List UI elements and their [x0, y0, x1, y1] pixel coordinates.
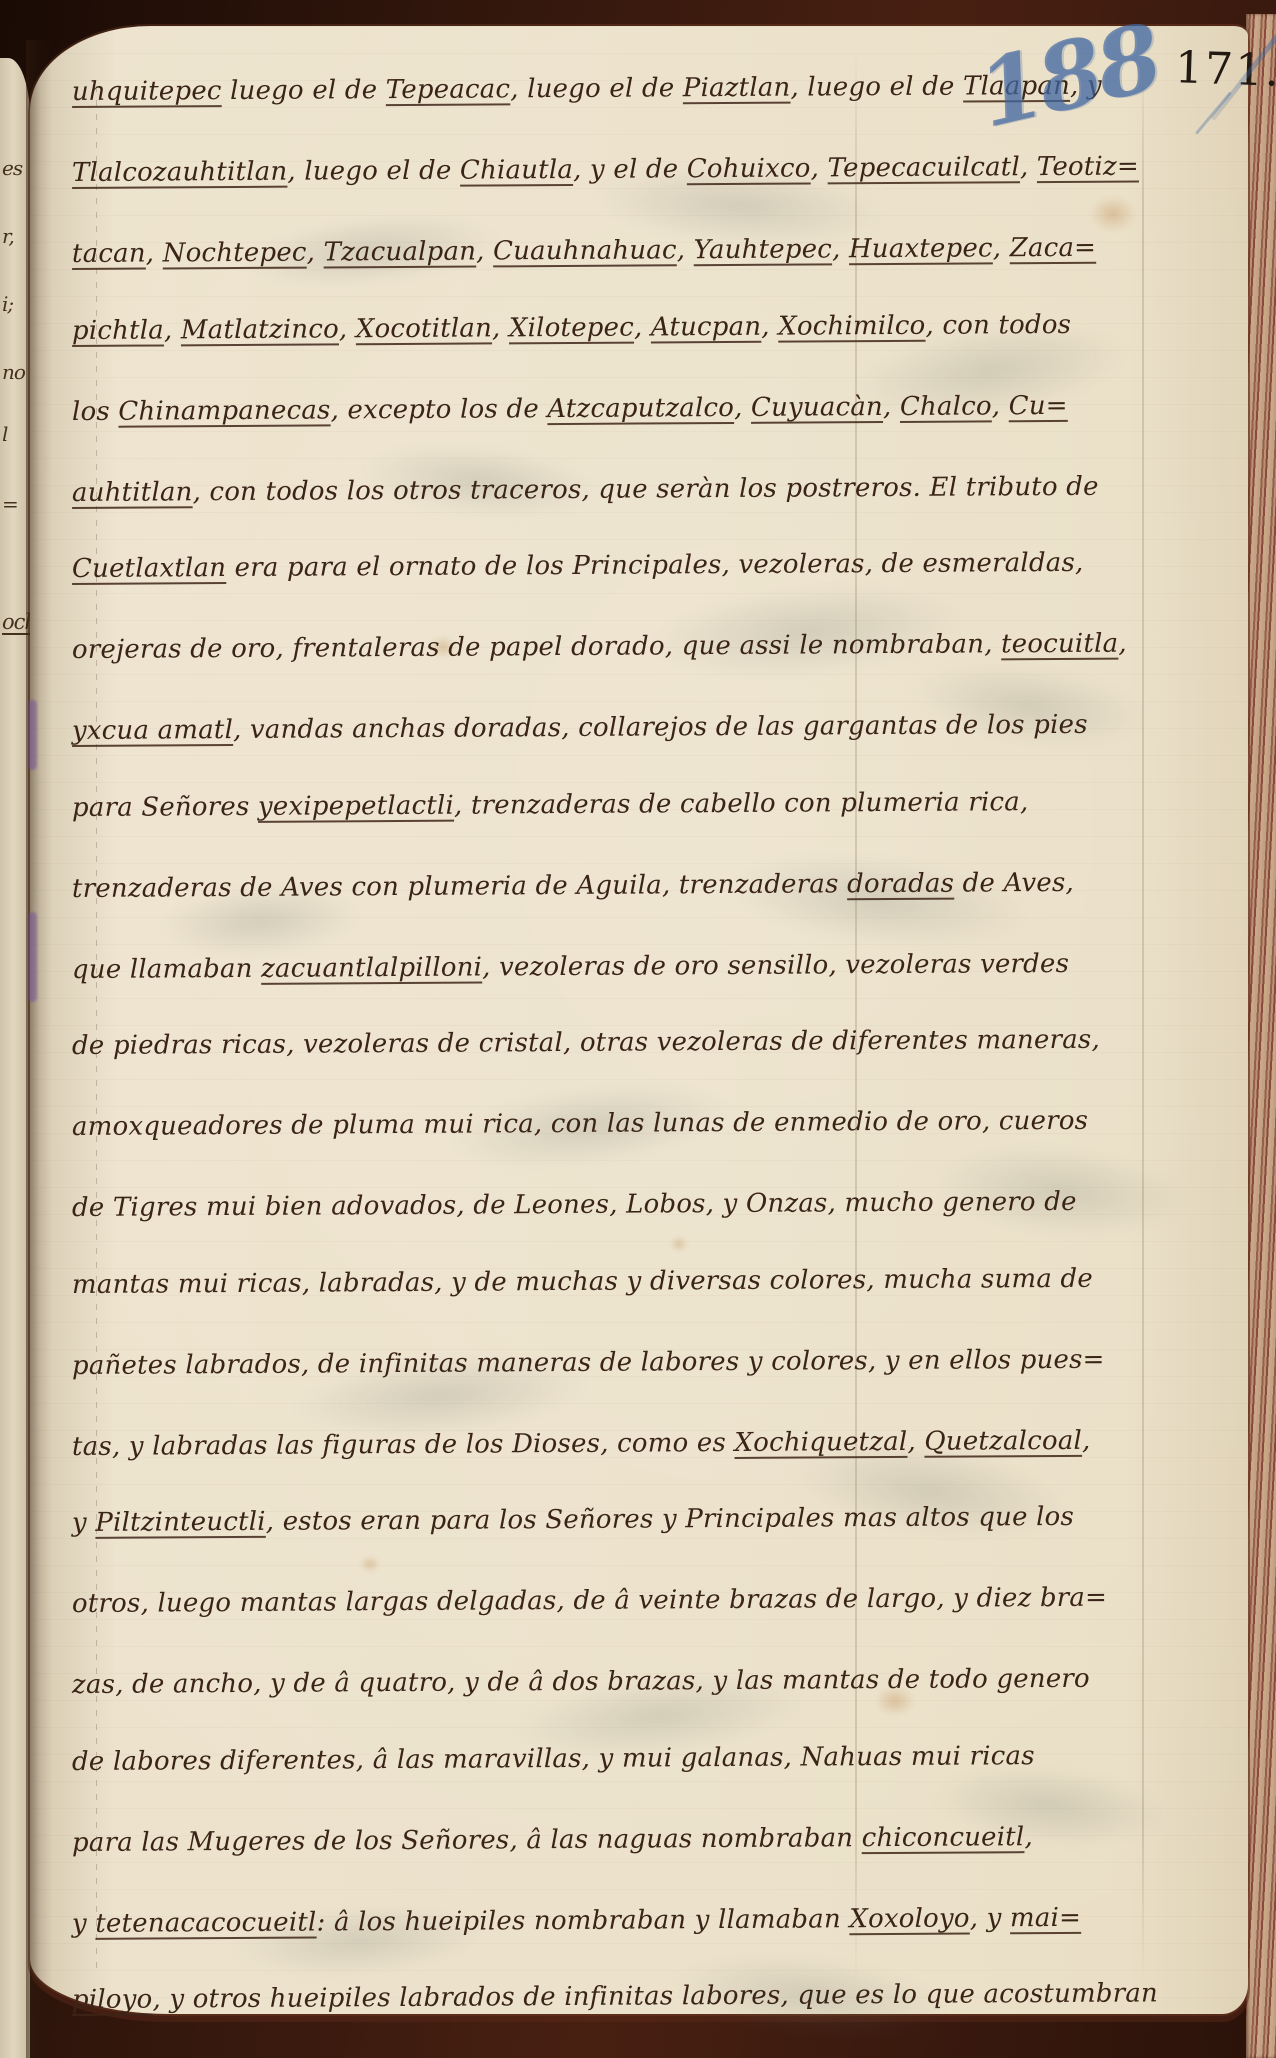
text-segment: , y otros hueipiles labrados de infinita… — [152, 1978, 1158, 2014]
text-segment: , — [811, 153, 828, 183]
underlined-word: Yauhtepec — [694, 234, 833, 265]
text-segment: , — [1082, 1425, 1091, 1455]
underlined-word: Tzacualpan — [323, 237, 476, 268]
text-segment: que llamaban — [72, 953, 261, 984]
text-segment: , — [993, 233, 1010, 263]
text-segment: y — [72, 1908, 96, 1938]
underlined-word: yxcua amatl — [72, 715, 233, 746]
underlined-word: Xilotepec — [509, 312, 634, 343]
text-segment: , — [492, 313, 509, 343]
text-segment: , — [1020, 152, 1037, 182]
manuscript-line-19: y Piltzinteuctli, estos eran para los Se… — [72, 1501, 1074, 1540]
manuscript-line-23: para las Mugeres de los Señores, â las n… — [72, 1821, 1033, 1859]
underlined-word: zacuantlalpilloni — [261, 952, 482, 983]
underlined-word: Atzcaputzalco — [547, 392, 734, 423]
underlined-word: Teotiz= — [1037, 151, 1139, 182]
underlined-word: auhtitlan — [72, 477, 193, 508]
text-segment: , con todos — [925, 309, 1071, 340]
text-segment: , — [634, 312, 651, 342]
underlined-word: Huaxtepec — [849, 233, 993, 264]
manuscript-line-10: para Señores yexipepetlactli, trenzadera… — [72, 786, 1029, 824]
underlined-word: Piltzinteuctli — [95, 1507, 266, 1538]
manuscript-line-5: los Chinampanecas, excepto los de Atzcap… — [72, 389, 1068, 428]
underlined-word: Atucpan — [651, 311, 762, 342]
text-segment: trenzaderas de Aves con plumeria de Agui… — [72, 869, 847, 904]
underlined-word: uhquitepec — [72, 76, 222, 107]
underlined-word: Xoxoloyo — [849, 1903, 970, 1934]
manuscript-line-25: piloyo, y otros hueipiles labrados de in… — [72, 1977, 1158, 2016]
text-segment: , estos eran para los Señores y Principa… — [266, 1502, 1075, 1537]
underlined-word: Matlatzinco — [181, 314, 339, 345]
gutter-text-fragment: es — [2, 158, 22, 178]
text-segment: , — [761, 311, 778, 341]
manuscript-line-6: auhtitlan, con todos los otros traceros,… — [72, 470, 1099, 509]
underlined-word: Tepecacuilcatl — [827, 152, 1020, 183]
manuscript-line-7: Cuetlaxtlan era para el ornato de los Pr… — [72, 547, 1084, 586]
text-segment: , — [677, 235, 694, 265]
text-segment: de Tigres mui bien adovados, de Leones, … — [72, 1187, 1077, 1223]
manuscript-line-21: zas, de ancho, y de â quatro, y de â dos… — [72, 1663, 1090, 1702]
manuscript-line-18: tas, y labradas las figuras de los Diose… — [72, 1424, 1091, 1463]
underlined-word: tetenacacocueitl — [95, 1907, 316, 1938]
text-segment: zas, de ancho, y de â quatro, y de â dos… — [72, 1664, 1090, 1700]
underlined-word: chiconcueitl — [862, 1822, 1025, 1853]
manuscript-line-1: uhquitepec luego el de Tepeacac, luego e… — [72, 70, 1102, 109]
text-segment: , — [339, 314, 356, 344]
text-segment: , — [476, 236, 493, 266]
underlined-word: tacan — [72, 239, 146, 269]
underlined-word: Chalco — [900, 391, 992, 422]
underlined-word: Tlalcozauhtitlan — [72, 157, 288, 188]
underlined-word: Chiautla — [460, 155, 573, 186]
text-segment: tas, y labradas las figuras de los Diose… — [72, 1427, 735, 1461]
gutter-text-fragment: l — [2, 424, 7, 444]
manuscript-line-11: trenzaderas de Aves con plumeria de Agui… — [72, 866, 1074, 905]
underlined-word: Cuyuacàn — [751, 392, 883, 423]
text-segment: , luego el de — [510, 73, 683, 104]
text-segment: , — [734, 392, 751, 422]
underlined-word: Quetzalcoal — [924, 1425, 1082, 1456]
manuscript-line-17: pañetes labrados, de infinitas maneras d… — [72, 1343, 1105, 1382]
text-segment: y — [72, 1508, 96, 1538]
underlined-word: Cu= — [1009, 390, 1068, 420]
underlined-word: Xocotitlan — [356, 313, 492, 344]
underlined-word: mai= — [1010, 1902, 1081, 1932]
manuscript-line-3: tacan, Nochtepec, Tzacualpan, Cuauhnahua… — [72, 232, 1096, 271]
gutter-text-fragment: no — [2, 362, 25, 382]
manuscript-page: 171. 188 uhquitepec luego el de Tepeacac… — [30, 26, 1248, 2014]
text-segment: , — [883, 391, 900, 421]
text-segment: , — [992, 391, 1009, 421]
text-segment: de labores diferentes, â las maravillas,… — [72, 1741, 1035, 1777]
text-segment: , — [907, 1426, 924, 1456]
underlined-word: Nochtepec — [163, 238, 307, 269]
text-segment: luego el de — [222, 75, 386, 106]
manuscript-line-16: mantas mui ricas, labradas, y de muchas … — [72, 1262, 1093, 1301]
text-segment: , vandas anchas doradas, collarejos de l… — [233, 710, 1088, 745]
manuscript-line-2: Tlalcozauhtitlan, luego el de Chiautla, … — [72, 150, 1139, 189]
text-segment: , trenzaderas de cabello con plumeria ri… — [454, 787, 1029, 821]
text-segment: otros, luego mantas largas delgadas, de … — [72, 1583, 1107, 1619]
text-segment: , — [1118, 629, 1127, 659]
text-segment: , vezoleras de oro sensillo, vezoleras v… — [482, 948, 1069, 982]
text-segment: , — [146, 238, 163, 268]
manuscript-line-24: y tetenacacocueitl: â los hueipiles nomb… — [72, 1901, 1081, 1940]
underlined-word: Tepeacac — [386, 74, 511, 105]
text-segment: , y — [970, 1903, 1010, 1933]
text-segment: , excepto los de — [330, 394, 547, 425]
manuscript-line-22: de labores diferentes, â las maravillas,… — [72, 1740, 1035, 1778]
underlined-word: piloyo — [72, 1985, 153, 2015]
manuscript-line-14: amoxqueadores de pluma mui rica, con las… — [72, 1105, 1088, 1144]
underlined-word: Xochimilco — [778, 310, 925, 341]
underlined-word: yexipepetlactli — [258, 790, 454, 821]
text-segment: mantas mui ricas, labradas, y de muchas … — [72, 1263, 1093, 1299]
text-segment: , — [307, 237, 324, 267]
text-segment: , — [832, 234, 849, 264]
previous-page-edge: esr,i;nol=och: — [0, 58, 30, 2058]
manuscript-line-8: orejeras de oro, frentaleras de papel do… — [72, 628, 1127, 667]
manuscript-text-block: uhquitepec luego el de Tepeacac, luego e… — [30, 26, 1248, 2014]
text-segment: pañetes labrados, de infinitas maneras d… — [72, 1344, 1105, 1380]
text-segment: , — [1024, 1822, 1033, 1852]
text-segment: para Señores — [72, 791, 258, 822]
text-segment: amoxqueadores de pluma mui rica, con las… — [72, 1106, 1088, 1142]
text-segment: , — [164, 315, 181, 345]
text-segment: era para el ornato de los Principales, v… — [226, 548, 1083, 583]
text-segment: , y el de — [573, 154, 687, 185]
underlined-word: doradas — [847, 868, 954, 899]
text-segment: , luego el de — [790, 72, 963, 103]
manuscript-line-15: de Tigres mui bien adovados, de Leones, … — [72, 1186, 1077, 1225]
underlined-word: Xochiquetzal — [734, 1426, 907, 1457]
gutter-text-fragment: r, — [2, 226, 14, 246]
text-segment: , con todos los otros traceros, que serà… — [192, 471, 1098, 507]
book-photograph: esr,i;nol=och: 171. 188 uhquitepec luego… — [0, 0, 1276, 2058]
gutter-text-fragment: = — [2, 494, 18, 514]
underlined-word: Piaztlan — [683, 73, 791, 104]
underlined-word: Zaca= — [1010, 233, 1097, 264]
manuscript-line-4: pichtla, Matlatzinco, Xocotitlan, Xilote… — [72, 308, 1071, 347]
manuscript-line-20: otros, luego mantas largas delgadas, de … — [72, 1582, 1107, 1621]
manuscript-line-13: de piedras ricas, vezoleras de cristal, … — [72, 1024, 1100, 1063]
page-fore-edge-stack — [1246, 14, 1276, 2058]
text-segment: : â los hueipiles nombraban y llamaban — [316, 1904, 849, 1937]
underlined-word: teocuitla — [1001, 629, 1118, 660]
underlined-word: Cohuixco — [687, 153, 811, 184]
text-segment: , luego el de — [287, 156, 460, 187]
underlined-word: Chinampanecas — [118, 395, 330, 426]
text-segment: para las Mugeres de los Señores, â las n… — [72, 1823, 862, 1858]
manuscript-line-12: que llamaban zacuantlalpilloni, vezolera… — [72, 947, 1069, 986]
manuscript-line-9: yxcua amatl, vandas anchas doradas, coll… — [72, 709, 1088, 748]
underlined-word: Cuauhnahuac — [493, 235, 677, 266]
text-segment: de piedras ricas, vezoleras de cristal, … — [72, 1025, 1100, 1061]
purple-ink-smudge — [28, 700, 37, 770]
gutter-text-fragment: i; — [2, 294, 13, 314]
text-segment: de Aves, — [954, 867, 1074, 898]
underlined-word: Cuetlaxtlan — [72, 553, 226, 584]
text-segment: los — [72, 396, 119, 426]
underlined-word: pichtla — [72, 315, 164, 346]
purple-ink-smudge — [28, 912, 37, 1002]
text-segment: orejeras de oro, frentaleras de papel do… — [72, 629, 1001, 665]
